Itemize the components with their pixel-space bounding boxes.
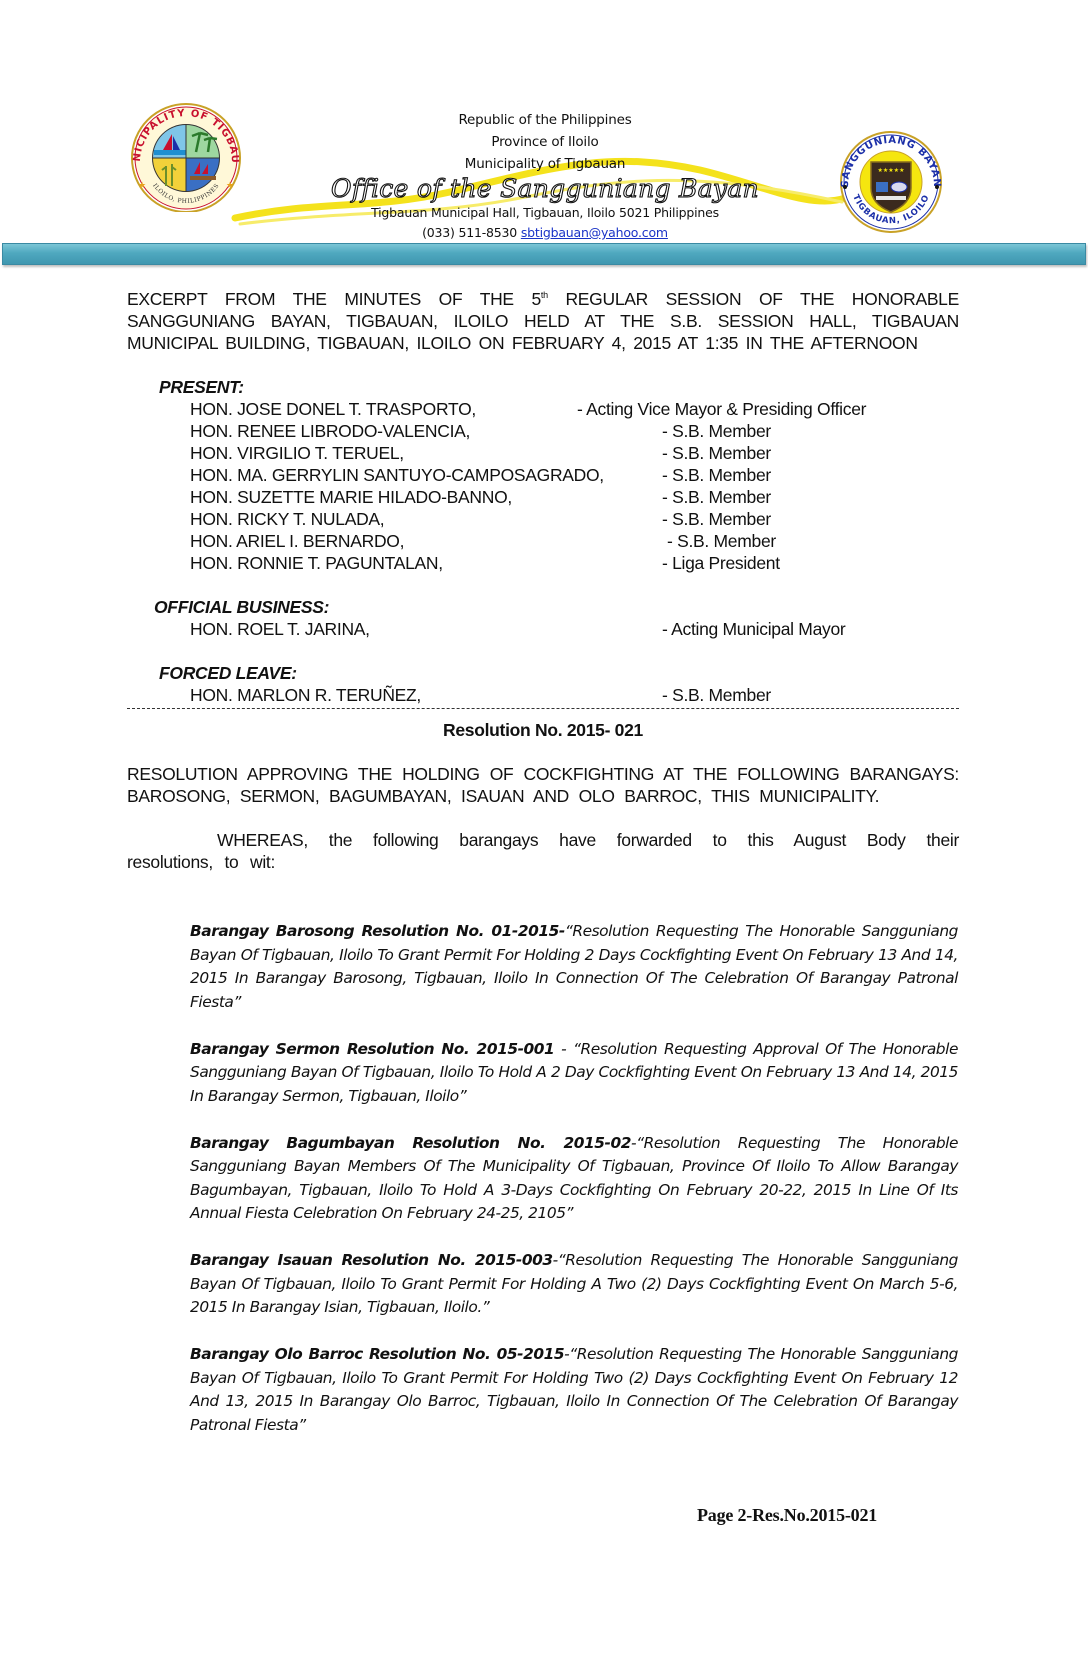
member-name: HON. VIRGILIO T. TERUEL, — [190, 442, 404, 464]
letterhead-email-link[interactable]: sbtigbauan@yahoo.com — [521, 225, 668, 240]
barangay-resolution-title: Barangay Barosong Resolution No. 01-2015… — [190, 922, 565, 940]
attendance-row: HON. VIRGILIO T. TERUEL,- S.B. Member — [127, 442, 959, 464]
member-name: HON. MARLON R. TERUÑEZ, — [190, 684, 421, 706]
page-footer-label: Page 2-Res.No.2015-021 — [697, 1505, 877, 1526]
attendance-row: HON. JOSE DONEL T. TRASPORTO,- Acting Vi… — [127, 398, 959, 420]
attendance-row: HON. MA. GERRYLIN SANTUYO-CAMPOSAGRADO,-… — [127, 464, 959, 486]
member-role: - S.B. Member — [662, 508, 771, 530]
attendance-row: HON. RONNIE T. PAGUNTALAN,- Liga Preside… — [127, 552, 959, 574]
attendance-row: HON. ROEL T. JARINA,- Acting Municipal M… — [127, 618, 959, 640]
letterhead: MUNICIPALITY OF TIGBAUAN ILOILO, PHILIPP… — [0, 0, 1088, 265]
member-role: - S.B. Member — [662, 464, 771, 486]
letterhead-republic: Republic of the Philippines — [350, 112, 740, 128]
member-name: HON. SUZETTE MARIE HILADO-BANNO, — [190, 486, 512, 508]
attendance-row: HON. RENEE LIBRODO-VALENCIA,- S.B. Membe… — [127, 420, 959, 442]
member-name: HON. ARIEL I. BERNARDO, — [190, 530, 404, 552]
member-role: - S.B. Member — [662, 442, 771, 464]
barangay-resolution-title: Barangay Sermon Resolution No. 2015-001 — [190, 1040, 554, 1058]
barangay-resolution-item: Barangay Bagumbayan Resolution No. 2015-… — [190, 1132, 958, 1226]
barangay-resolution-item: Barangay Sermon Resolution No. 2015-001 … — [190, 1038, 958, 1109]
minutes-excerpt-intro: EXCERPT FROM THE MINUTES OF THE 5th REGU… — [127, 284, 959, 354]
svg-text:★: ★ — [138, 180, 146, 190]
official-business-list: HON. ROEL T. JARINA,- Acting Municipal M… — [127, 618, 959, 640]
member-name: HON. ROEL T. JARINA, — [190, 618, 370, 640]
member-role: - Acting Vice Mayor & Presiding Officer — [577, 398, 866, 420]
member-name: HON. RICKY T. NULADA, — [190, 508, 384, 530]
section-divider — [127, 708, 959, 715]
forced-leave-heading: FORCED LEAVE: — [127, 662, 959, 684]
attendance-row: HON. SUZETTE MARIE HILADO-BANNO,- S.B. M… — [127, 486, 959, 508]
present-list: HON. JOSE DONEL T. TRASPORTO,- Acting Vi… — [127, 398, 959, 574]
member-role: - S.B. Member — [662, 486, 771, 508]
svg-text:★: ★ — [226, 180, 234, 190]
barangay-resolution-title: Barangay Isauan Resolution No. 2015-003 — [190, 1251, 553, 1269]
official-business-heading: OFFICIAL BUSINESS: — [127, 596, 959, 618]
member-role: - Liga President — [662, 552, 780, 574]
member-role: - S.B. Member — [662, 420, 771, 442]
letterhead-province: Province of Iloilo — [350, 134, 740, 150]
forced-leave-list: HON. MARLON R. TERUÑEZ,- S.B. Member — [127, 684, 959, 706]
attendance: PRESENT: HON. JOSE DONEL T. TRASPORTO,- … — [127, 376, 959, 706]
letterhead-phone: (033) 511-8530 — [422, 225, 517, 240]
attendance-row: HON. RICKY T. NULADA,- S.B. Member — [127, 508, 959, 530]
barangay-resolution-item: Barangay Isauan Resolution No. 2015-003-… — [190, 1249, 958, 1320]
letterhead-address: Tigbauan Municipal Hall, Tigbauan, Iloil… — [300, 205, 790, 220]
member-name: HON. JOSE DONEL T. TRASPORTO, — [190, 398, 476, 420]
member-name: HON. RENEE LIBRODO-VALENCIA, — [190, 420, 470, 442]
member-role: - S.B. Member — [662, 684, 771, 706]
member-name: HON. MA. GERRYLIN SANTUYO-CAMPOSAGRADO, — [190, 464, 604, 486]
document-body: EXCERPT FROM THE MINUTES OF THE 5th REGU… — [127, 284, 959, 873]
letterhead-municipality: Municipality of Tigbauan — [350, 156, 740, 172]
barangay-resolutions-list: Barangay Barosong Resolution No. 01-2015… — [190, 920, 958, 1461]
barangay-resolution-title: Barangay Olo Barroc Resolution No. 05-20… — [190, 1345, 564, 1363]
member-role: - Acting Municipal Mayor — [662, 618, 845, 640]
svg-text:★★★★★: ★★★★★ — [878, 167, 905, 174]
member-name: HON. RONNIE T. PAGUNTALAN, — [190, 552, 443, 574]
municipality-seal-icon: MUNICIPALITY OF TIGBAUAN ILOILO, PHILIPP… — [122, 100, 250, 212]
letterhead-banner — [2, 243, 1086, 265]
barangay-resolution-item: Barangay Olo Barroc Resolution No. 05-20… — [190, 1343, 958, 1437]
member-role: - S.B. Member — [667, 530, 776, 552]
resolution-number: Resolution No. 2015- 021 — [127, 719, 959, 741]
barangay-resolution-item: Barangay Barosong Resolution No. 01-2015… — [190, 920, 958, 1014]
attendance-row: HON. ARIEL I. BERNARDO,- S.B. Member — [127, 530, 959, 552]
sangguniang-bayan-seal-icon: SANGGUNIANG BAYAN TIGBAUAN, ILOILO ★★★★★ — [826, 130, 956, 234]
barangay-resolution-title: Barangay Bagumbayan Resolution No. 2015-… — [190, 1134, 631, 1152]
attendance-row: HON. MARLON R. TERUÑEZ,- S.B. Member — [127, 684, 959, 706]
present-heading: PRESENT: — [127, 376, 959, 398]
whereas-clause: WHEREAS, the following barangays have fo… — [127, 829, 959, 873]
letterhead-contact: (033) 511-8530 sbtigbauan@yahoo.com — [300, 225, 790, 240]
letterhead-office-title: Office of the Sangguniang Bayan — [300, 174, 790, 203]
resolution-caption: RESOLUTION APPROVING THE HOLDING OF COCK… — [127, 763, 959, 807]
